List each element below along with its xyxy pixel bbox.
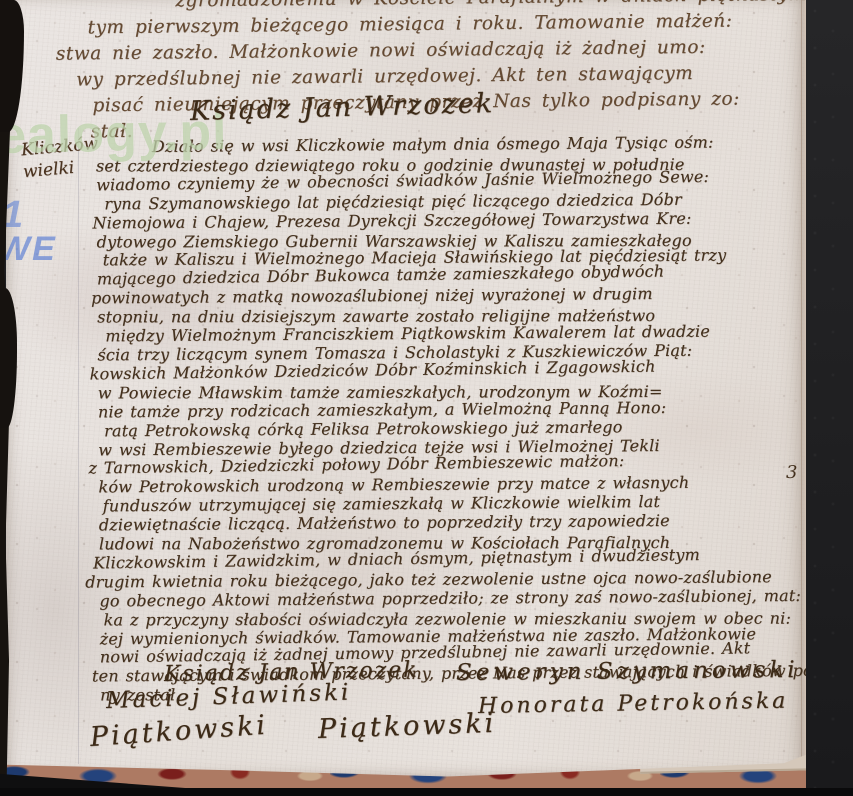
groom-signature-left: Piątkowski: [89, 710, 269, 753]
dark-strip-bottom: [0, 788, 853, 796]
margin-stray-mark: 3: [786, 462, 797, 483]
handwriting-line: go obecnego Aktowi małżeństwa poprzedził…: [99, 587, 807, 611]
register-paper: ealogy.pl 1 WE Kliczków wielki zgromadzo…: [6, 0, 808, 782]
handwriting-line: dziewiętnaście liczącą. Małżeństwo to po…: [99, 511, 807, 535]
dark-background-right: [806, 0, 853, 796]
handwriting-line: Działo się w wsi Kliczkowie małym dnia ó…: [152, 133, 804, 157]
marriage-record-body: Działo się w wsi Kliczkowie małym dnia ó…: [4, 133, 808, 706]
handwriting-line: dytowego Ziemskiego Gubernii Warszawskie…: [97, 231, 805, 252]
handwriting-line: w Powiecie Mławskim tamże zamieszkałych,…: [98, 382, 806, 403]
witness-signature-szymanowski: Seweryn Szymanowski: [456, 657, 799, 686]
previous-record-ending: zgromadzonemu w Kościele Parafialnym w d…: [5, 0, 805, 146]
scanned-register-page: ealogy.pl 1 WE Kliczków wielki zgromadzo…: [0, 0, 853, 796]
bride-signature: Honorata Petrokońska: [478, 689, 789, 719]
handwriting-line: ka z przyczyny słabości oświadczyła zezw…: [104, 609, 808, 630]
handwriting-line: Niemojowa i Chajew, Prezesa Dyrekcji Szc…: [92, 208, 804, 232]
handwriting-line: stopniu, na dniu dzisiejszym zawarte zos…: [97, 307, 805, 328]
groom-signature-center: Piątkowski: [317, 708, 496, 745]
